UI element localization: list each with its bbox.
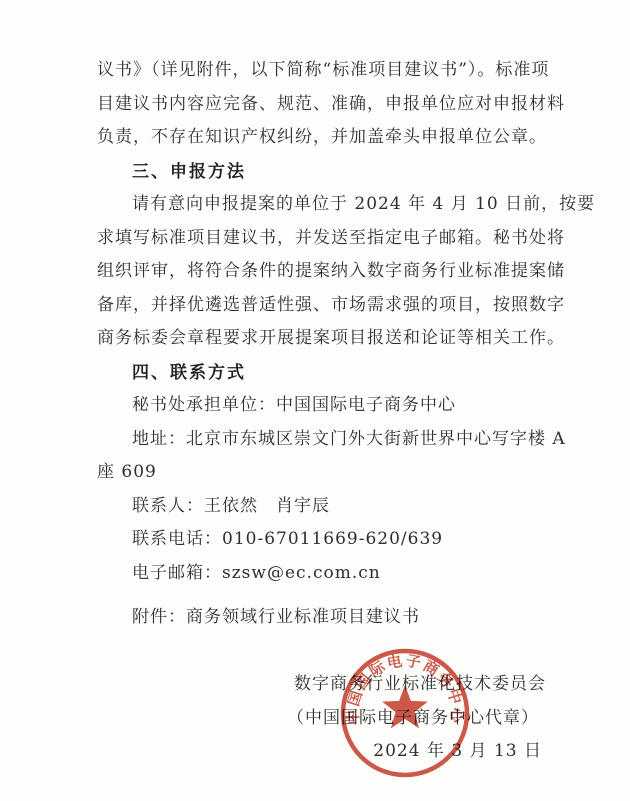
- body-line: 地址：北京市东城区崇文门外大街新世界中心写字楼 A: [97, 423, 546, 457]
- section-heading-application-method: 三、申报方法: [97, 155, 546, 189]
- body-line: 负责，不存在知识产权纠纷，并加盖牵头申报单位公章。: [97, 121, 546, 155]
- body-line: 备库，并择优遴选普适性强、市场需求强的项目，按照数字: [97, 289, 546, 323]
- body-line: 请有意向申报提案的单位于 2024 年 4 月 10 日前，按要: [97, 188, 546, 222]
- signature-org: 数字商务行业标准化技术委员会: [97, 668, 546, 702]
- contact-phone-line: 联系电话：010-67011669-620/639: [97, 523, 546, 557]
- paragraph-gap: [97, 590, 546, 601]
- body-line: 秘书处承担单位：中国国际电子商务中心: [97, 389, 546, 423]
- contact-email-line: 电子邮箱：szsw@ec.com.cn: [97, 557, 546, 591]
- attachment-line: 附件：商务领域行业标准项目建议书: [97, 601, 546, 635]
- contact-person-line: 联系人：王依然 肖宇辰: [97, 490, 546, 524]
- body-line: 座 609: [97, 456, 546, 490]
- blank-line: [97, 635, 546, 669]
- signature-date: 2024 年 3 月 13 日: [97, 735, 546, 769]
- body-line: 组织评审，将符合条件的提案纳入数字商务行业标准提案储: [97, 255, 546, 289]
- signature-block: 数字商务行业标准化技术委员会 （中国国际电子商务中心代章） 2024 年 3 月…: [97, 668, 546, 769]
- body-line: 商务标委会章程要求开展提案项目报送和论证等相关工作。: [97, 322, 546, 356]
- signature-on-behalf: （中国国际电子商务中心代章）: [97, 702, 546, 736]
- body-line: 议书》（详见附件，以下简称“标准项目建议书”）。标准项: [97, 54, 546, 88]
- body-line: 目建议书内容应完备、规范、准确，申报单位应对申报材料: [97, 88, 546, 122]
- document-page: 议书》（详见附件，以下简称“标准项目建议书”）。标准项 目建议书内容应完备、规范…: [0, 0, 630, 801]
- body-text: 议书》（详见附件，以下简称“标准项目建议书”）。标准项 目建议书内容应完备、规范…: [97, 54, 546, 769]
- section-heading-contact-info: 四、联系方式: [97, 356, 546, 390]
- body-line: 求填写标准项目建议书，并发送至指定电子邮箱。秘书处将: [97, 222, 546, 256]
